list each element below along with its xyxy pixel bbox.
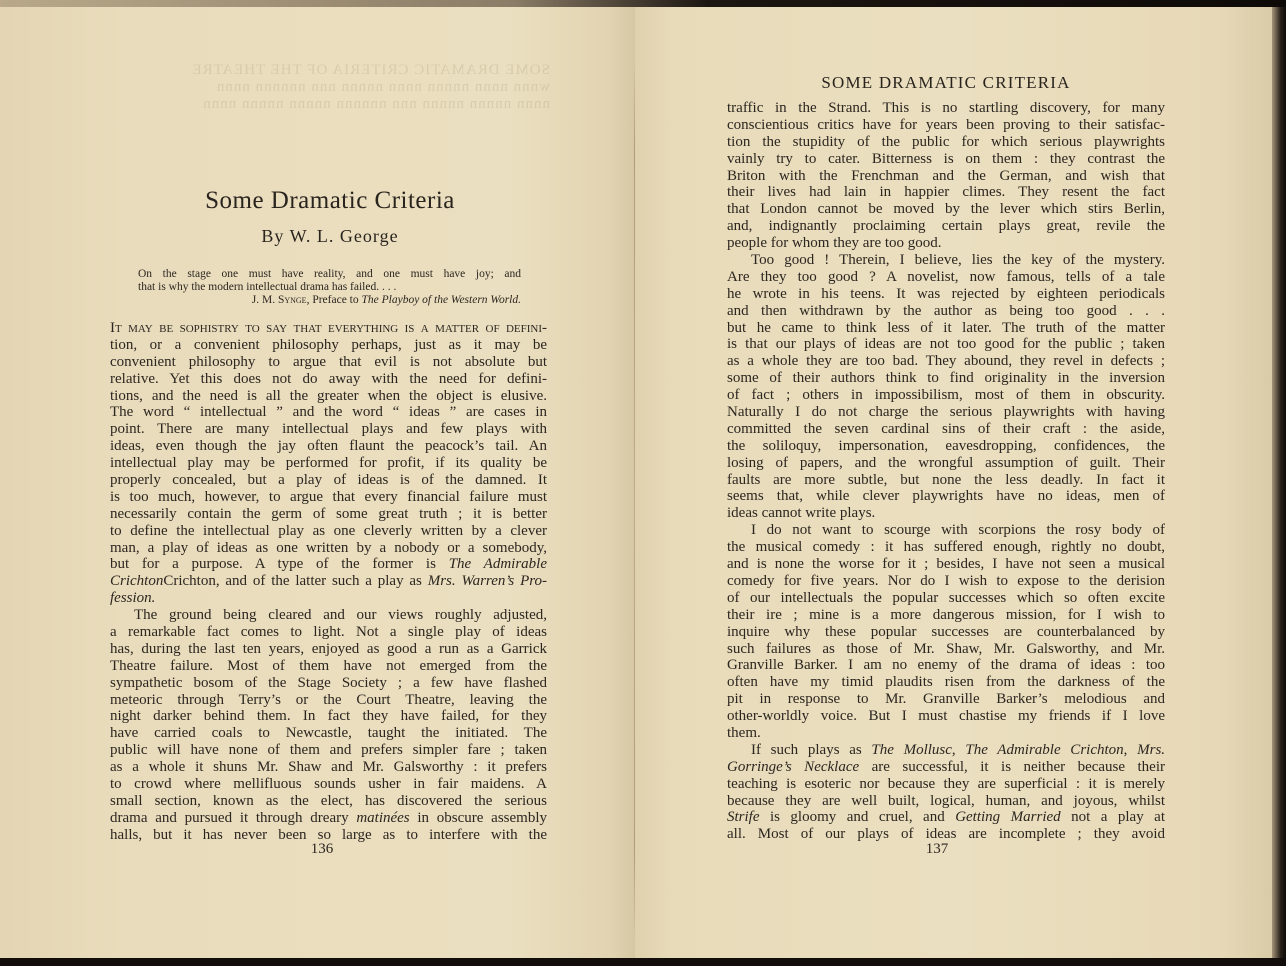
text-line: pit in response to Mr. Granville Barker’… — [727, 691, 1165, 708]
text-line: the musical comedy : it has suffered eno… — [727, 539, 1165, 556]
text-line: The ground being cleared and our views r… — [110, 607, 547, 624]
text-line: traffic in the Strand. This is no startl… — [727, 100, 1165, 117]
text-line: public will have none of them and prefer… — [110, 742, 547, 759]
text-line: ideas, even though the jay often flaunt … — [110, 438, 547, 455]
page-number-right: 137 — [907, 841, 967, 858]
text-line: convenient philosophy to argue that evil… — [110, 354, 547, 371]
text-line: meteoric through Terry’s or the Court Th… — [110, 692, 547, 709]
text-line: to define the intellectual play as one c… — [110, 523, 547, 540]
text-line: Are they too good ? A novelist, now famo… — [727, 269, 1165, 286]
text-line: them. — [727, 725, 1165, 742]
text-line: committed the seven cardinal sins of the… — [727, 421, 1165, 438]
text-line: man, a play of ideas as one written by a… — [110, 540, 547, 557]
text-line: have carried coals to Newcastle, taught … — [110, 725, 547, 742]
text-line: because they are well built, logical, hu… — [727, 793, 1165, 810]
text-line: but for a purpose. A type of the former … — [110, 556, 547, 573]
play-title: Mrs. — [1137, 742, 1165, 758]
text-line: Strife is gloomy and cruel, and Getting … — [727, 809, 1165, 826]
text-line: CrichtonCrichton, and of the latter such… — [110, 573, 547, 590]
text-line: seems that, while clever playwrights hav… — [727, 488, 1165, 505]
text-line: properly concealed, but a play of ideas … — [110, 472, 547, 489]
text-line: I do not want to scourge with scorpions … — [727, 522, 1165, 539]
epigraph-attribution-text: , Preface to — [307, 294, 362, 306]
italic-word: matinées — [356, 810, 409, 826]
text-line: Theatre failure. Most of them have not e… — [110, 658, 547, 675]
punctuation: , — [1124, 742, 1137, 758]
text-line: a remarkable fact comes to light. Not a … — [110, 624, 547, 641]
article-title: Some Dramatic Criteria — [0, 187, 660, 215]
text-line: ideas cannot write plays. — [727, 505, 1165, 522]
page-number-left: 136 — [292, 841, 352, 858]
text-line: as a whole they are too bad. They abound… — [727, 353, 1165, 370]
text-line-content: It may be sophistry to say that everythi… — [110, 320, 547, 336]
text-line: of fact ; others in impossibilism, most … — [727, 387, 1165, 404]
text-line: faults are more subtle, but none the les… — [727, 472, 1165, 489]
epigraph-author: J. M. Synge — [252, 294, 307, 306]
running-head: SOME DRAMATIC CRITERIA — [727, 73, 1165, 93]
text-line: of our intellectuals the popular success… — [727, 590, 1165, 607]
text-line: It may be sophistry to say that everythi… — [110, 320, 547, 337]
text-line: has, during the last ten years, enjoyed … — [110, 641, 547, 658]
bottom-edge — [0, 958, 1286, 966]
punctuation: , — [952, 742, 965, 758]
text-line-content: are successful, it is neither because th… — [859, 759, 1165, 775]
text-line: If such plays as The Mollusc, The Admira… — [727, 742, 1165, 759]
text-line: is that our plays of ideas are not too g… — [727, 336, 1165, 353]
text-line: The word “ intellectual ” and the word “… — [110, 404, 547, 421]
text-line: and is none the worse for it ; besides, … — [727, 556, 1165, 573]
text-line: tion, or a convenient philosophy perhaps… — [110, 337, 547, 354]
text-line: tions, and the need is all the greater w… — [110, 388, 547, 405]
text-line: often have my timid plaudits risen from … — [727, 674, 1165, 691]
text-line: as a whole it shuns Mr. Shaw and Mr. Gal… — [110, 759, 547, 776]
text-line: their ire ; mine is a more dangerous mis… — [727, 607, 1165, 624]
text-line: that London cannot be moved by the lever… — [727, 201, 1165, 218]
play-title: Crichton — [110, 573, 163, 589]
bleed-through-text: SOME DRAMATIC CRITERIA OF THE THEATRE wn… — [110, 62, 550, 113]
text-line: and then withdrawn by the author as bein… — [727, 303, 1165, 320]
right-page-edge — [1272, 7, 1286, 958]
play-title-continued: fession. — [110, 590, 155, 606]
article-byline: By W. L. George — [0, 226, 660, 247]
play-title: Strife — [727, 809, 760, 825]
text-line: fession. — [110, 590, 547, 607]
text-line-content: not a play at — [1061, 809, 1165, 825]
text-line: people for whom they are too good. — [727, 235, 1165, 252]
text-line: Granville Barker. I am no enemy of the d… — [727, 657, 1165, 674]
text-line-content: but for a purpose. A type of the former … — [110, 556, 436, 572]
epigraph: On the stage one must have reality, and … — [138, 268, 521, 307]
text-line: their lives had lain in happier climes. … — [727, 184, 1165, 201]
book-spread: SOME DRAMATIC CRITERIA OF THE THEATRE wn… — [0, 0, 1286, 966]
play-title: The Admirable — [449, 556, 547, 572]
text-line-content: in obscure assembly — [410, 810, 547, 826]
text-line: Briton with the Frenchman and the German… — [727, 168, 1165, 185]
text-line: he wrote in his teens. It was rejected b… — [727, 286, 1165, 303]
text-line: comedy for five years. Nor do I wish to … — [727, 573, 1165, 590]
text-line: intellectual play may be performed for p… — [110, 455, 547, 472]
text-line: relative. Yet this does not do away with… — [110, 371, 547, 388]
text-line: conscientious critics have for years bee… — [727, 117, 1165, 134]
text-line: tion the stupidity of the public for whi… — [727, 134, 1165, 151]
text-line: but he came to think less of it later. T… — [727, 320, 1165, 337]
text-line: some of their authors think to find orig… — [727, 370, 1165, 387]
text-line: necessarily contain the germ of some gre… — [110, 506, 547, 523]
play-title: Getting Married — [955, 809, 1060, 825]
text-line: losing of papers, and the wrongful assum… — [727, 455, 1165, 472]
text-line: point. There are many intellectual plays… — [110, 421, 547, 438]
text-line-content: drama and pursued it through dreary — [110, 810, 349, 826]
text-line: and, indignantly proclaiming certain pla… — [727, 218, 1165, 235]
text-line-content: Crichton, and of the latter such a play … — [163, 573, 422, 589]
text-line: teaching is esoteric nor because they ar… — [727, 776, 1165, 793]
right-page-body: traffic in the Strand. This is no startl… — [727, 100, 1165, 843]
play-title: Mrs. Warren’s Pro- — [428, 573, 547, 589]
text-line: inquire why these popular successes are … — [727, 624, 1165, 641]
text-line: Gorringe’s Necklace are successful, it i… — [727, 759, 1165, 776]
text-line: vainly try to cater. Bitterness is on th… — [727, 151, 1165, 168]
text-line: other-worldly voice. But I must chastise… — [727, 708, 1165, 725]
text-line: night darker behind them. In fact they h… — [110, 708, 547, 725]
play-title: The Mollusc — [871, 742, 952, 758]
text-line: drama and pursued it through dreary mati… — [110, 810, 547, 827]
text-line-content: is gloomy and cruel, and — [760, 809, 956, 825]
text-line: Too good ! Therein, I believe, lies the … — [727, 252, 1165, 269]
text-line: is too much, however, to argue that ever… — [110, 489, 547, 506]
text-line: the soliloquy, impersonation, eavesdropp… — [727, 438, 1165, 455]
text-line: sympathetic bosom of the Stage Society ;… — [110, 675, 547, 692]
text-line: to crowd where mellifluous sounds usher … — [110, 776, 547, 793]
text-line: Naturally I do not charge the serious pl… — [727, 404, 1165, 421]
play-title: The Admirable Crichton — [965, 742, 1123, 758]
epigraph-attribution: J. M. Synge, Preface to The Playboy of t… — [138, 294, 521, 307]
epigraph-line: On the stage one must have reality, and … — [138, 268, 521, 281]
epigraph-line: that is why the modern intellectual dram… — [138, 281, 521, 294]
text-line: small section, known as the elect, has d… — [110, 793, 547, 810]
epigraph-work-title: The Playboy of the Western World. — [362, 294, 522, 306]
play-title: Gorringe’s Necklace — [727, 759, 859, 775]
text-line: such failures as those of Mr. Shaw, Mr. … — [727, 641, 1165, 658]
text-line-content: If such plays as — [751, 742, 871, 758]
left-page-body: It may be sophistry to say that everythi… — [110, 320, 547, 844]
